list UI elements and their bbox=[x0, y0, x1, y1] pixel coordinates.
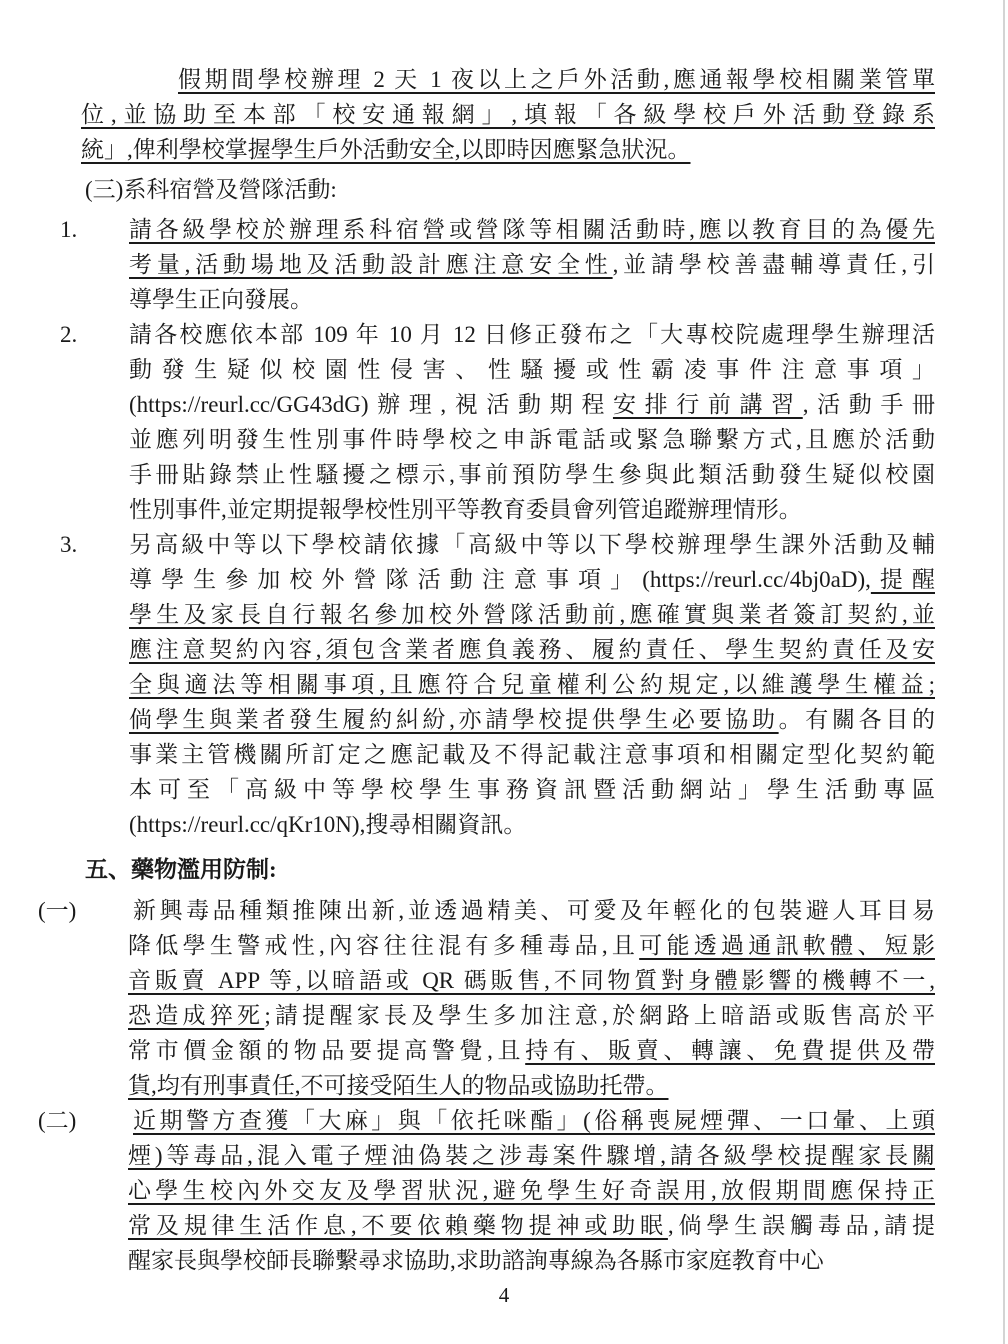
paragraph-holiday-outdoor-activity: 假期間學校辦理 2 天 1 夜以上之戶外活動,應通報學校相關業管單位,並協助至本… bbox=[81, 62, 935, 167]
text-line: 導學生正向發展。 bbox=[129, 282, 935, 317]
document-page: 假期間學校辦理 2 天 1 夜以上之戶外活動,應通報學校相關業管單位,並協助至本… bbox=[0, 0, 1008, 1344]
text-line: 位,並協助至本部「校安通報網」,填報「各級學校戶外活動登錄系 bbox=[81, 97, 935, 132]
page-number: 4 bbox=[0, 1282, 1008, 1308]
text-line: 心學生校內外交友及學習狀況,避免學生好奇誤用,放假期間應保持正 bbox=[128, 1173, 935, 1208]
text-segment: 新興毒品種類推陳出新,並透過精美、可愛及年輕化的包裝避人耳目易 bbox=[133, 898, 935, 923]
text-line: 全與適法等相關事項,且應符合兒童權利公約規定,以維護學生權益; bbox=[129, 667, 935, 702]
text-segment: 事業主管機關所訂定之應記載及不得記載注意事項和相關定型化契約範 bbox=[129, 742, 935, 767]
list-marker: 1. bbox=[60, 212, 77, 247]
text-segment: 降低學生警戒性,內容往往混有多種毒品,且 bbox=[128, 933, 639, 958]
text-segment: ,倘學生誤觸毒品,請提 bbox=[668, 1213, 935, 1238]
underlined-text: 心學生校內外交友及學習狀況,避免學生好奇誤用,放假期間應保持正 bbox=[128, 1178, 935, 1203]
text-line: 降低學生警戒性,內容往往混有多種毒品,且可能透過通訊軟體、短影 bbox=[128, 928, 935, 963]
text-line: 煙)等毒品,混入電子煙油偽裝之涉毒案件驟增,請各級學校提醒家長關 bbox=[128, 1138, 935, 1173]
underlined-text: 貨,均有刑事責任,不可接受陌生人的物品或協助托帶。 bbox=[128, 1073, 669, 1098]
text-segment: ,活動手冊 bbox=[803, 392, 935, 417]
text-line: 統」,俾利學校掌握學生戶外活動安全,以即時因應緊急狀況。 bbox=[81, 132, 935, 167]
text-line: 假期間學校辦理 2 天 1 夜以上之戶外活動,應通報學校相關業管單 bbox=[81, 62, 935, 97]
text-segment: 動發生疑似校園性侵害、性騷擾或性霸凌事件注意事項」 bbox=[129, 357, 935, 382]
text-line: 導學生參加校外營隊活動注意事項」(https://reurl.cc/4bj0aD… bbox=[129, 562, 935, 597]
text-line: 請各級學校於辦理系科宿營或營隊等相關活動時,應以教育目的為優先 bbox=[129, 212, 935, 247]
underlined-text: 恐造成猝死 bbox=[128, 1003, 264, 1028]
text-line: 動發生疑似校園性侵害、性騷擾或性霸凌事件注意事項」 bbox=[129, 352, 935, 387]
text-segment: 導學生正向發展。 bbox=[129, 287, 313, 312]
underlined-text: 音販賣 APP 等,以暗語或 QR 碼販售,不同物質對身體影響的機轉不一, bbox=[128, 968, 935, 993]
text-segment: 本可至「高級中等學校學生事務資訊暨活動網站」學生活動專區 bbox=[129, 777, 935, 802]
text-line: 常及規律生活作息,不要依賴藥物提神或助眠,倘學生誤觸毒品,請提 bbox=[128, 1208, 935, 1243]
text-line: 手冊貼錄禁止性騷擾之標示,事前預防學生參與此類活動發生疑似校園 bbox=[129, 457, 935, 492]
text-line: 常市價金額的物品要提高警覺,且持有、販賣、轉讓、免費提供及帶 bbox=[128, 1033, 935, 1068]
heading-section-3-camps: (三)系科宿營及營隊活動: bbox=[85, 172, 935, 207]
sub-paragraph-1-new-drugs: (一)新興毒品種類推陳出新,並透過精美、可愛及年輕化的包裝避人耳目易降低學生警戒… bbox=[81, 893, 935, 1103]
text-segment: 性別事件,並定期提報學校性別平等教育委員會列管追蹤辦理情形。 bbox=[129, 497, 802, 522]
text-line: 事業主管機關所訂定之應記載及不得記載注意事項和相關定型化契約範 bbox=[129, 737, 935, 772]
underlined-text: 常及規律生活作息,不要依賴藥物提神或助眠 bbox=[128, 1213, 668, 1238]
text-line: 五、藥物濫用防制: bbox=[85, 852, 935, 887]
text-segment: ;請提醒家長及學生多加注意,於網路上暗語或販售高於平 bbox=[264, 1003, 935, 1028]
underlined-text: 倘學生與業者發生履約糾紛,亦請學校提供學生必要協助 bbox=[129, 707, 779, 732]
underlined-text: 請各級學校於辦理系科宿營或營隊等相關活動時,應以教育目的為優先 bbox=[129, 217, 935, 242]
text-segment: 五、藥物濫用防制: bbox=[85, 857, 277, 882]
url-text: (https://reurl.cc/GG43dG)辦理,視活動期程 bbox=[129, 392, 613, 417]
text-line: 新興毒品種類推陳出新,並透過精美、可愛及年輕化的包裝避人耳目易 bbox=[128, 893, 935, 928]
doc-content: 假期間學校辦理 2 天 1 夜以上之戶外活動,應通報學校相關業管單位,並協助至本… bbox=[81, 62, 935, 1278]
underlined-text: 煙)等毒品,混入電子煙油偽裝之涉毒案件驟增,請各級學校提醒家長關 bbox=[128, 1143, 935, 1168]
url-text: (https://reurl.cc/qKr10N),搜尋相關資訊。 bbox=[129, 812, 526, 837]
text-line: 考量,活動場地及活動設計應注意安全性,並請學校善盡輔導責任,引 bbox=[129, 247, 935, 282]
text-line: 倘學生與業者發生履約糾紛,亦請學校提供學生必要協助。有關各目的 bbox=[129, 702, 935, 737]
text-line: 醒家長與學校師長聯繫尋求協助,求助諮詢專線為各縣市家庭教育中心 bbox=[128, 1243, 935, 1278]
underlined-text: 假期間學校辦理 2 天 1 夜以上之戶外活動,應通報學校相關業管單 bbox=[178, 67, 935, 92]
list-marker: (二) bbox=[38, 1103, 76, 1138]
text-segment: 。有關各目的 bbox=[779, 707, 935, 732]
underlined-text: 學生及家長自行報名參加校外營隊活動前,應確實與業者簽訂契約,並 bbox=[129, 602, 935, 627]
list-marker: 3. bbox=[60, 527, 77, 562]
text-line: 恐造成猝死;請提醒家長及學生多加注意,於網路上暗語或販售高於平 bbox=[128, 998, 935, 1033]
underlined-text: 統」,俾利學校掌握學生戶外活動安全,以即時因應緊急狀況。 bbox=[81, 137, 691, 162]
underlined-text: 近期警方查獲「大麻」與「依托咪酯」(俗稱喪屍煙彈、一口暈、上頭 bbox=[133, 1108, 935, 1133]
text-segment: 手冊貼錄禁止性騷擾之標示,事前預防學生參與此類活動發生疑似校園 bbox=[129, 462, 935, 487]
underlined-text: 全與適法等相關事項,且應符合兒童權利公約規定,以維護學生權益; bbox=[129, 672, 935, 697]
text-line: 性別事件,並定期提報學校性別平等教育委員會列管追蹤辦理情形。 bbox=[129, 492, 935, 527]
text-line: 學生及家長自行報名參加校外營隊活動前,應確實與業者簽訂契約,並 bbox=[129, 597, 935, 632]
underlined-text: 提醒 bbox=[871, 567, 935, 592]
underlined-text: 可能透過通訊軟體、短影 bbox=[639, 933, 935, 958]
list-marker: 2. bbox=[60, 317, 77, 352]
underlined-text: 位,並協助至本部「校安通報網」,填報「各級學校戶外活動登錄系 bbox=[81, 102, 935, 127]
underlined-text: 安排行前講習 bbox=[613, 392, 803, 417]
text-line: 本可至「高級中等學校學生事務資訊暨活動網站」學生活動專區 bbox=[129, 772, 935, 807]
text-segment: 醒家長與學校師長聯繫尋求協助,求助諮詢專線為各縣市家庭教育中心 bbox=[128, 1248, 824, 1273]
text-line: 應注意契約內容,須包含業者應負義務、履約責任、學生契約責任及安 bbox=[129, 632, 935, 667]
text-line: (https://reurl.cc/qKr10N),搜尋相關資訊。 bbox=[129, 807, 935, 842]
list-item-3: 3.另高級中等以下學校請依據「高級中等以下學校辦理學生課外活動及輔導學生參加校外… bbox=[81, 527, 935, 842]
underlined-text: 持有、販賣、轉讓、免費提供及帶 bbox=[525, 1038, 935, 1063]
underlined-text: 考量,活動場地及活動設計應注意安全性 bbox=[129, 252, 613, 277]
text-line: 另高級中等以下學校請依據「高級中等以下學校辦理學生課外活動及輔 bbox=[129, 527, 935, 562]
text-segment: (三)系科宿營及營隊活動: bbox=[85, 177, 337, 202]
text-line: 貨,均有刑事責任,不可接受陌生人的物品或協助托帶。 bbox=[128, 1068, 935, 1103]
text-segment: ,並請學校善盡輔導責任,引 bbox=[613, 252, 935, 277]
sub-paragraph-2-police-seizure: (二)近期警方查獲「大麻」與「依托咪酯」(俗稱喪屍煙彈、一口暈、上頭煙)等毒品,… bbox=[81, 1103, 935, 1278]
text-segment: 請各校應依本部 109 年 10 月 12 日修正發布之「大專校院處理學生辦理活 bbox=[129, 322, 935, 347]
text-line: 近期警方查獲「大麻」與「依托咪酯」(俗稱喪屍煙彈、一口暈、上頭 bbox=[128, 1103, 935, 1138]
text-line: (三)系科宿營及營隊活動: bbox=[85, 172, 935, 207]
text-segment: 常市價金額的物品要提高警覺,且 bbox=[128, 1038, 525, 1063]
text-line: 音販賣 APP 等,以暗語或 QR 碼販售,不同物質對身體影響的機轉不一, bbox=[128, 963, 935, 998]
text-line: (https://reurl.cc/GG43dG)辦理,視活動期程安排行前講習,… bbox=[129, 387, 935, 422]
scan-edge-line bbox=[1003, 0, 1005, 1344]
text-segment: 另高級中等以下學校請依據「高級中等以下學校辦理學生課外活動及輔 bbox=[129, 532, 935, 557]
text-line: 並應列明發生性別事件時學校之申訴電話或緊急聯繫方式,且應於活動 bbox=[129, 422, 935, 457]
text-segment: 並應列明發生性別事件時學校之申訴電話或緊急聯繫方式,且應於活動 bbox=[129, 427, 935, 452]
list-item-1: 1.請各級學校於辦理系科宿營或營隊等相關活動時,應以教育目的為優先考量,活動場地… bbox=[81, 212, 935, 317]
text-line: 請各校應依本部 109 年 10 月 12 日修正發布之「大專校院處理學生辦理活 bbox=[129, 317, 935, 352]
heading-section-5-drug-abuse: 五、藥物濫用防制: bbox=[85, 852, 935, 887]
list-marker: (一) bbox=[38, 893, 76, 928]
underlined-text: 應注意契約內容,須包含業者應負義務、履約責任、學生契約責任及安 bbox=[129, 637, 935, 662]
url-text: 導學生參加校外營隊活動注意事項」(https://reurl.cc/4bj0aD… bbox=[129, 567, 871, 592]
list-item-2: 2.請各校應依本部 109 年 10 月 12 日修正發布之「大專校院處理學生辦… bbox=[81, 317, 935, 527]
